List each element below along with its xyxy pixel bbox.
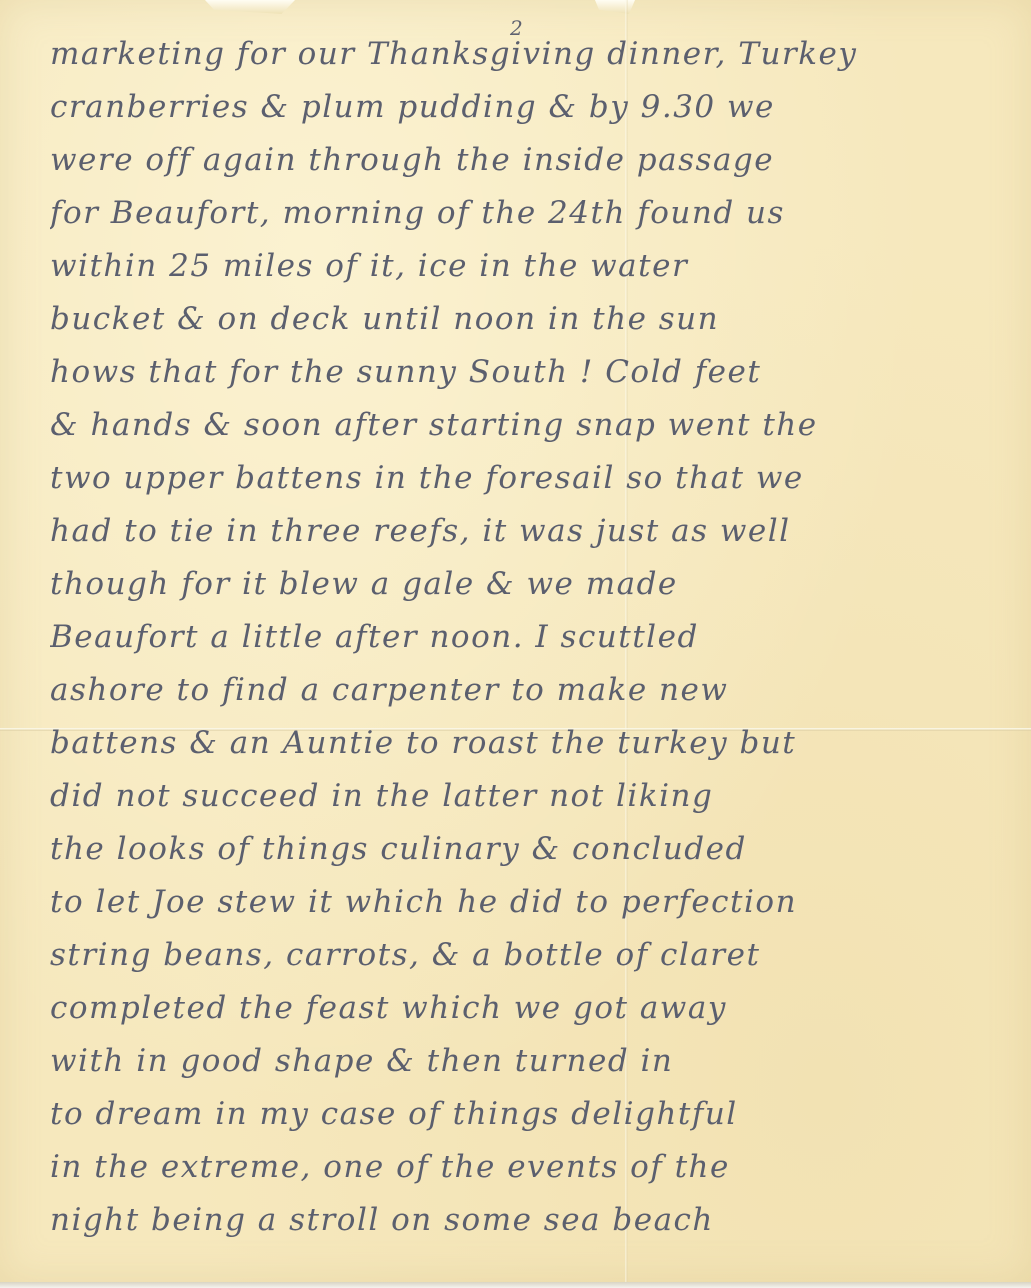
text-line: Beaufort a little after noon. I scuttled xyxy=(50,611,1010,664)
text-line: within 25 miles of it, ice in the water xyxy=(50,240,1010,293)
text-line: to let Joe stew it which he did to perfe… xyxy=(50,876,1010,929)
text-line: hows that for the sunny South ! Cold fee… xyxy=(50,346,1010,399)
text-line: for Beaufort, morning of the 24th found … xyxy=(50,187,1010,240)
text-line: completed the feast which we got away xyxy=(50,982,1010,1035)
text-line: in the extreme, one of the events of the xyxy=(50,1141,1010,1194)
text-line: were off again through the inside passag… xyxy=(50,134,1010,187)
text-line: did not succeed in the latter not liking xyxy=(50,770,1010,823)
text-line: ashore to find a carpenter to make new xyxy=(50,664,1010,717)
paper-tear xyxy=(205,0,295,14)
letter-page: 2 marketing for our Thanksgiving dinner,… xyxy=(0,0,1031,1282)
text-line: battens & an Auntie to roast the turkey … xyxy=(50,717,1010,770)
text-line: & hands & soon after starting snap went … xyxy=(50,399,1010,452)
paper-tear xyxy=(595,0,635,14)
text-line: night being a stroll on some sea beach xyxy=(50,1194,1010,1247)
page-bottom-edge xyxy=(0,1282,1031,1288)
text-line: cranberries & plum pudding & by 9.30 we xyxy=(50,81,1010,134)
text-line: with in good shape & then turned in xyxy=(50,1035,1010,1088)
text-line: to dream in my case of things delightful xyxy=(50,1088,1010,1141)
text-line: bucket & on deck until noon in the sun xyxy=(50,293,1010,346)
handwritten-text-body: marketing for our Thanksgiving dinner, T… xyxy=(50,28,1010,1247)
text-line: had to tie in three reefs, it was just a… xyxy=(50,505,1010,558)
text-line: two upper battens in the foresail so tha… xyxy=(50,452,1010,505)
text-line: marketing for our Thanksgiving dinner, T… xyxy=(50,28,1010,81)
text-line: the looks of things culinary & concluded xyxy=(50,823,1010,876)
text-line: string beans, carrots, & a bottle of cla… xyxy=(50,929,1010,982)
text-line: though for it blew a gale & we made xyxy=(50,558,1010,611)
